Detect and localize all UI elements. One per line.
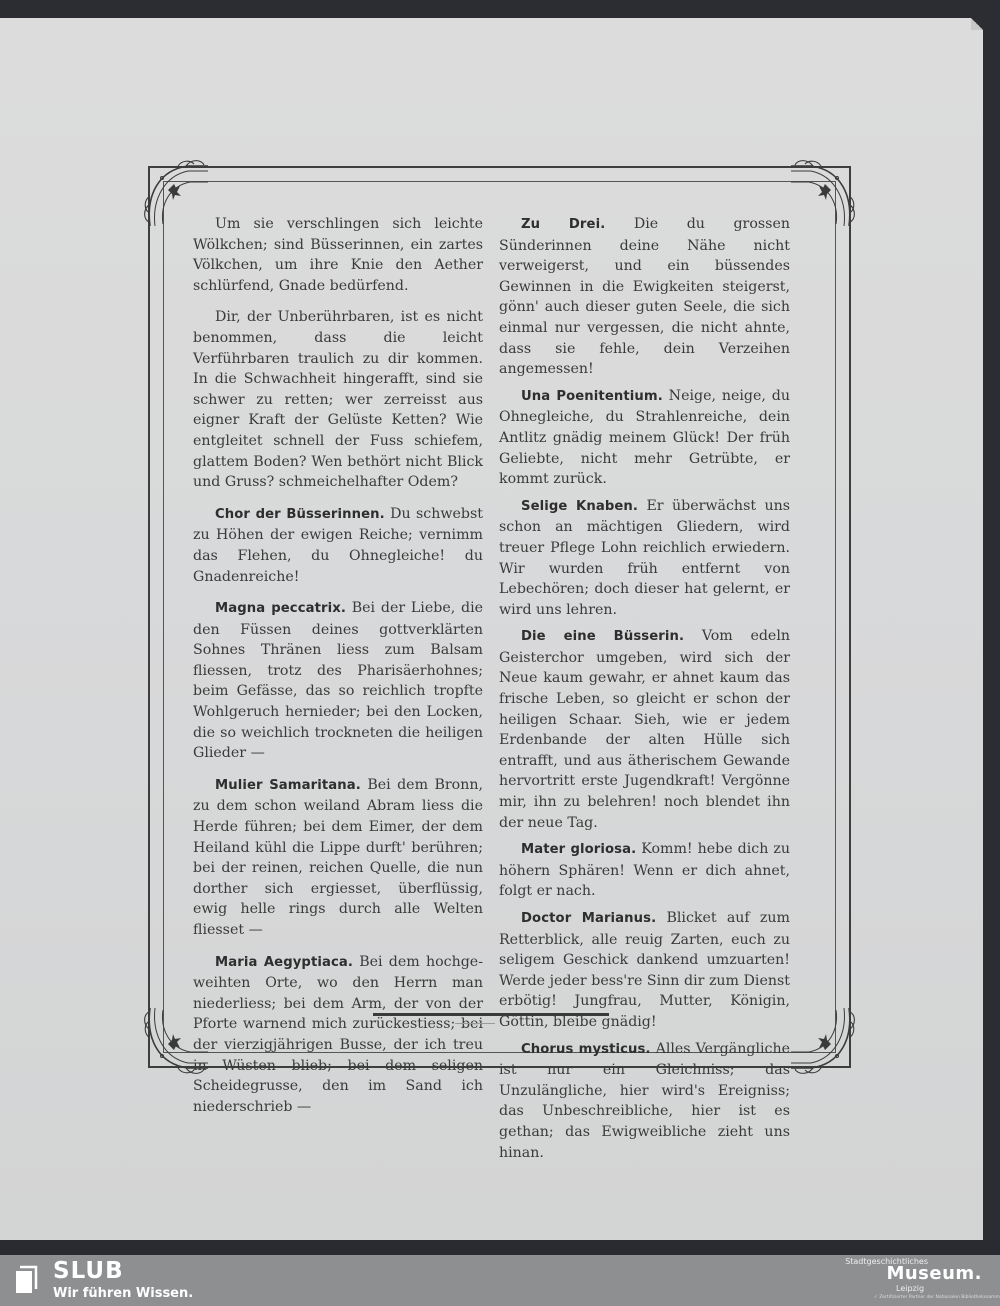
end-rule-divider: [373, 1013, 609, 1016]
museum-cert-text: ✓ Zertifizierter Partner der Nationalen …: [874, 1295, 1000, 1300]
page-corner-fold: [971, 18, 983, 30]
paragraph-text: Vom edeln Geister­chor umgeben, wird sic…: [499, 628, 790, 830]
museum-brand[interactable]: Museum.: [886, 1263, 982, 1284]
paragraph-text: Um sie verschlingen sich leichte Wölk­ch…: [193, 216, 483, 294]
speaker-name: Doctor Marianus.: [521, 911, 656, 926]
paragraph: Die eine Büsserin. Vom edeln Geister­cho…: [499, 626, 790, 833]
paragraph-text: Dir, der Unberührbaren, ist es nicht ben…: [193, 309, 483, 490]
paragraph: Um sie verschlingen sich leichte Wölk­ch…: [193, 214, 483, 296]
speaker-name: Chor der Büsserinnen.: [215, 507, 385, 522]
speaker-name: Mulier Samaritana.: [215, 778, 361, 793]
paragraph-text: Bei dem Bronn, zu dem schon weiland Abra…: [193, 777, 483, 938]
speaker-name: Selige Knaben.: [521, 499, 638, 514]
slub-brand[interactable]: SLUB: [53, 1258, 124, 1284]
paragraph: Selige Knaben. Er überwächst uns schon a…: [499, 496, 790, 621]
speaker-name: Una Poenitentium.: [521, 389, 663, 404]
paragraph: Chor der Büsserinnen. Du schwebst zu Höh…: [193, 504, 483, 587]
paragraph-text: Alles Vergängliche ist nur ein Gleichnis…: [499, 1041, 790, 1161]
speaker-name: Magna peccatrix.: [215, 601, 346, 616]
footer-bar: SLUB Wir führen Wissen. Stadtgeschichtli…: [0, 1255, 1000, 1306]
paragraph-text: Bei der Liebe, die den Füssen deines got…: [193, 600, 483, 761]
paragraph: Una Poenitentium. Neige, neige, du Ohneg…: [499, 386, 790, 490]
speaker-name: Mater gloriosa.: [521, 842, 636, 857]
paragraph: Dir, der Unberührbaren, ist es nicht ben…: [193, 307, 483, 492]
speaker-name: Maria Aegyptiaca.: [215, 955, 353, 970]
slub-book-logo-icon: [14, 1265, 40, 1293]
paragraph-text: Er überwächst uns schon an mächtigen Gli…: [499, 498, 790, 618]
speaker-name: Die eine Büsserin.: [521, 629, 684, 644]
paragraph: Maria Aegyptiaca. Bei dem hochge­weihten…: [193, 952, 483, 1118]
paragraph-text: Blicket auf zum Retterblick, alle reuig …: [499, 910, 790, 1030]
text-column-left: Um sie verschlingen sich leichte Wölk­ch…: [193, 214, 483, 1128]
scan-background-band: [0, 1240, 1000, 1255]
paragraph: Mulier Samaritana. Bei dem Bronn, zu dem…: [193, 775, 483, 941]
paragraph: Mater gloriosa. Komm! hebe dich zu höher…: [499, 839, 790, 902]
text-column-right: Zu Drei. Die du grossen Sünderinnen dein…: [499, 214, 790, 1169]
paragraph: Zu Drei. Die du grossen Sünderinnen dein…: [499, 214, 790, 380]
paragraph-text: Die du grossen Sünderinnen deine Nähe ni…: [499, 216, 790, 377]
corner-ornament-bottom-right-icon: [791, 1008, 861, 1078]
paragraph: Chorus mysticus. Alles Vergängliche ist …: [499, 1039, 790, 1164]
museum-city: Leipzig: [896, 1284, 924, 1293]
speaker-name: Chorus mysticus.: [521, 1042, 651, 1057]
end-rule-ornament: [455, 1023, 495, 1024]
speaker-name: Zu Drei.: [521, 217, 605, 232]
corner-ornament-top-right-icon: [791, 156, 861, 226]
slub-tagline: Wir führen Wissen.: [53, 1286, 193, 1301]
paragraph: Magna peccatrix. Bei der Liebe, die den …: [193, 598, 483, 764]
paragraph-text: Bei dem hochge­weihten Orte, wo den Herr…: [193, 954, 483, 1115]
